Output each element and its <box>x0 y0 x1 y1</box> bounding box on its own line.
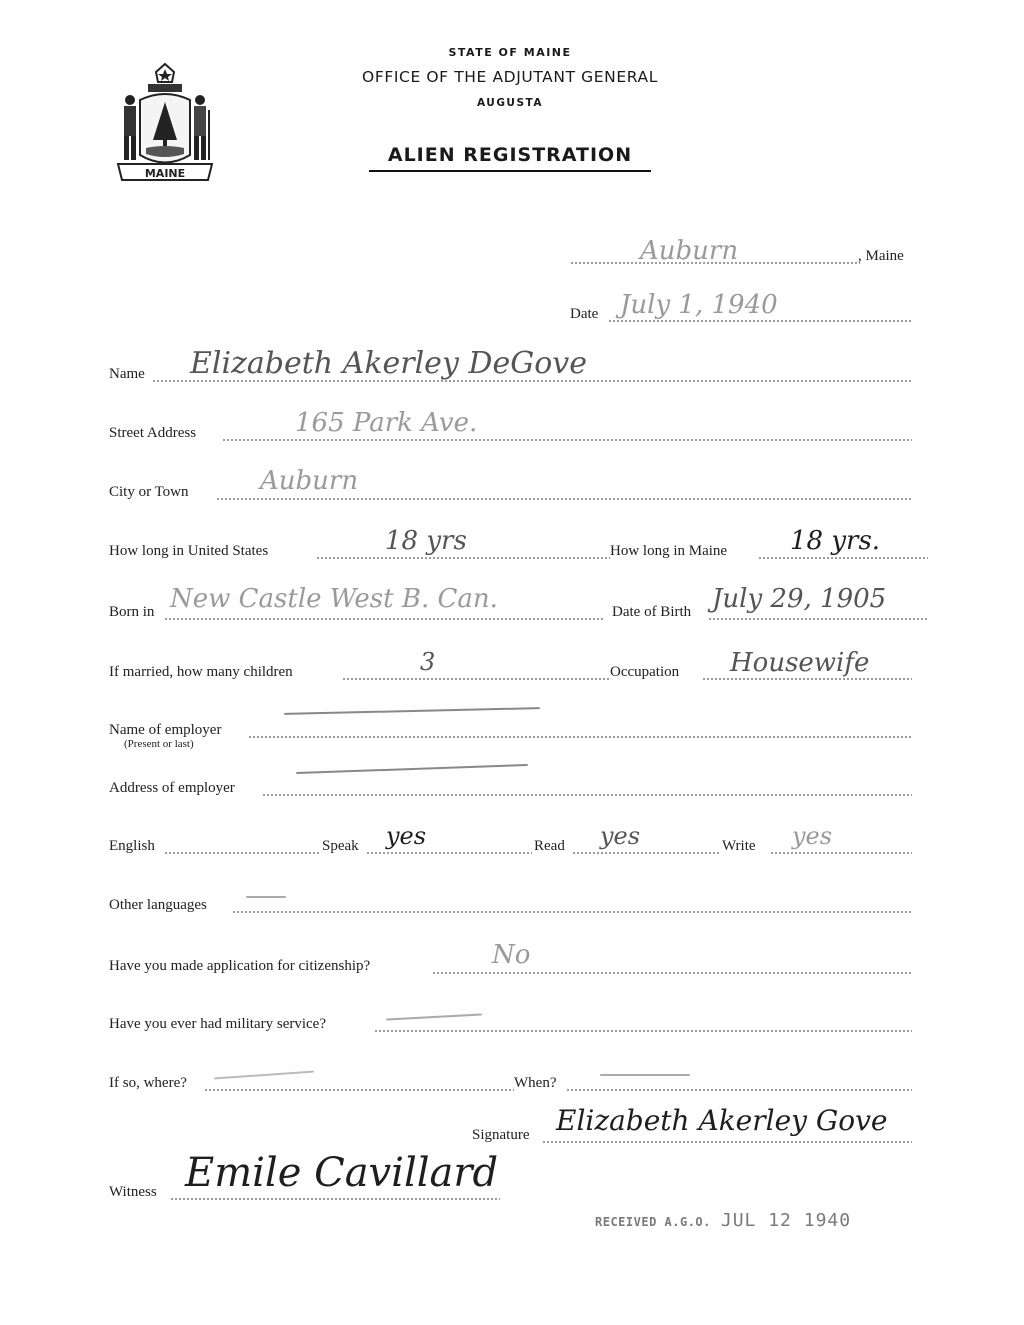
city-line <box>216 498 912 500</box>
children-label: If married, how many children <box>109 664 293 681</box>
dob-label: Date of Birth <box>612 604 691 621</box>
employer-address-line <box>262 794 912 796</box>
read-line <box>572 852 720 854</box>
street-address-label: Street Address <box>109 425 196 442</box>
employer-name-line <box>248 736 912 738</box>
speak-line <box>366 852 532 854</box>
children-line <box>342 678 610 680</box>
city-value[interactable]: Auburn <box>260 466 358 496</box>
received-stamp-date: JUL 12 1940 <box>721 1210 851 1231</box>
witness-value[interactable]: Emile Cavillard <box>185 1150 498 1196</box>
form-title: ALIEN REGISTRATION <box>310 144 710 166</box>
street-address-value[interactable]: 165 Park Ave. <box>295 408 477 438</box>
how-long-maine-label: How long in Maine <box>610 543 727 560</box>
when-label: When? <box>514 1075 556 1092</box>
street-address-line <box>222 439 912 441</box>
received-stamp-label: RECEIVED A.G.O. <box>595 1215 711 1229</box>
where-line <box>204 1089 514 1091</box>
children-value[interactable]: 3 <box>420 648 435 676</box>
registration-form-page: MAINE STATE OF MAINE OFFICE OF THE ADJUT… <box>0 0 1024 1325</box>
occupation-value[interactable]: Housewife <box>730 648 869 678</box>
city-heading: AUGUSTA <box>310 97 710 109</box>
when-dash[interactable] <box>600 1074 690 1076</box>
witness-label: Witness <box>109 1184 157 1201</box>
svg-text:MAINE: MAINE <box>145 167 185 180</box>
name-value[interactable]: Elizabeth Akerley DeGove <box>190 346 587 381</box>
title-underline <box>369 170 651 172</box>
write-label: Write <box>722 838 756 855</box>
speak-label: Speak <box>322 838 359 855</box>
born-in-label: Born in <box>109 604 154 621</box>
maine-state-seal-icon: MAINE <box>110 60 220 190</box>
received-stamp: RECEIVED A.G.O.JUL 12 1940 <box>595 1210 851 1231</box>
other-languages-line <box>232 911 912 913</box>
how-long-us-line <box>316 557 610 559</box>
how-long-maine-line <box>758 557 928 559</box>
place-value[interactable]: Auburn <box>640 236 738 266</box>
citizenship-line <box>432 972 912 974</box>
born-in-value[interactable]: New Castle West B. Can. <box>170 584 498 614</box>
where-dash[interactable] <box>214 1071 314 1080</box>
city-label: City or Town <box>109 484 189 501</box>
when-line <box>566 1089 912 1091</box>
dob-value[interactable]: July 29, 1905 <box>712 584 886 614</box>
where-label: If so, where? <box>109 1075 187 1092</box>
signature-value[interactable]: Elizabeth Akerley Gove <box>556 1104 887 1137</box>
other-languages-dash[interactable] <box>246 896 286 898</box>
employer-address-label: Address of employer <box>109 780 235 797</box>
citizenship-value[interactable]: No <box>492 940 530 970</box>
employer-address-dash[interactable] <box>296 764 528 774</box>
date-line <box>608 320 912 322</box>
signature-label: Signature <box>472 1127 530 1144</box>
employer-name-label: Name of employer <box>109 722 221 739</box>
how-long-us-value[interactable]: 18 yrs <box>385 526 467 556</box>
how-long-us-label: How long in United States <box>109 543 268 560</box>
military-line <box>374 1030 912 1032</box>
read-value[interactable]: yes <box>600 822 640 850</box>
occupation-line <box>702 678 912 680</box>
born-in-line <box>164 618 604 620</box>
military-dash[interactable] <box>386 1013 482 1020</box>
military-label: Have you ever had military service? <box>109 1016 326 1033</box>
date-value[interactable]: July 1, 1940 <box>620 290 778 320</box>
office-heading: OFFICE OF THE ADJUTANT GENERAL <box>310 68 710 86</box>
how-long-maine-value[interactable]: 18 yrs. <box>790 526 880 556</box>
citizenship-label: Have you made application for citizenshi… <box>109 958 370 975</box>
occupation-label: Occupation <box>610 664 679 681</box>
date-label: Date <box>570 306 598 323</box>
dob-line <box>708 618 928 620</box>
employer-name-dash[interactable] <box>284 707 540 715</box>
speak-value[interactable]: yes <box>386 822 426 850</box>
signature-line <box>542 1141 912 1143</box>
write-line <box>770 852 912 854</box>
employer-name-sublabel: (Present or last) <box>124 738 194 750</box>
english-line <box>164 852 320 854</box>
read-label: Read <box>534 838 565 855</box>
other-languages-label: Other languages <box>109 897 207 914</box>
name-label: Name <box>109 366 145 383</box>
write-value[interactable]: yes <box>792 822 832 850</box>
place-suffix: , Maine <box>858 248 904 265</box>
english-label: English <box>109 838 155 855</box>
witness-line <box>170 1198 500 1200</box>
state-heading: STATE OF MAINE <box>310 46 710 59</box>
